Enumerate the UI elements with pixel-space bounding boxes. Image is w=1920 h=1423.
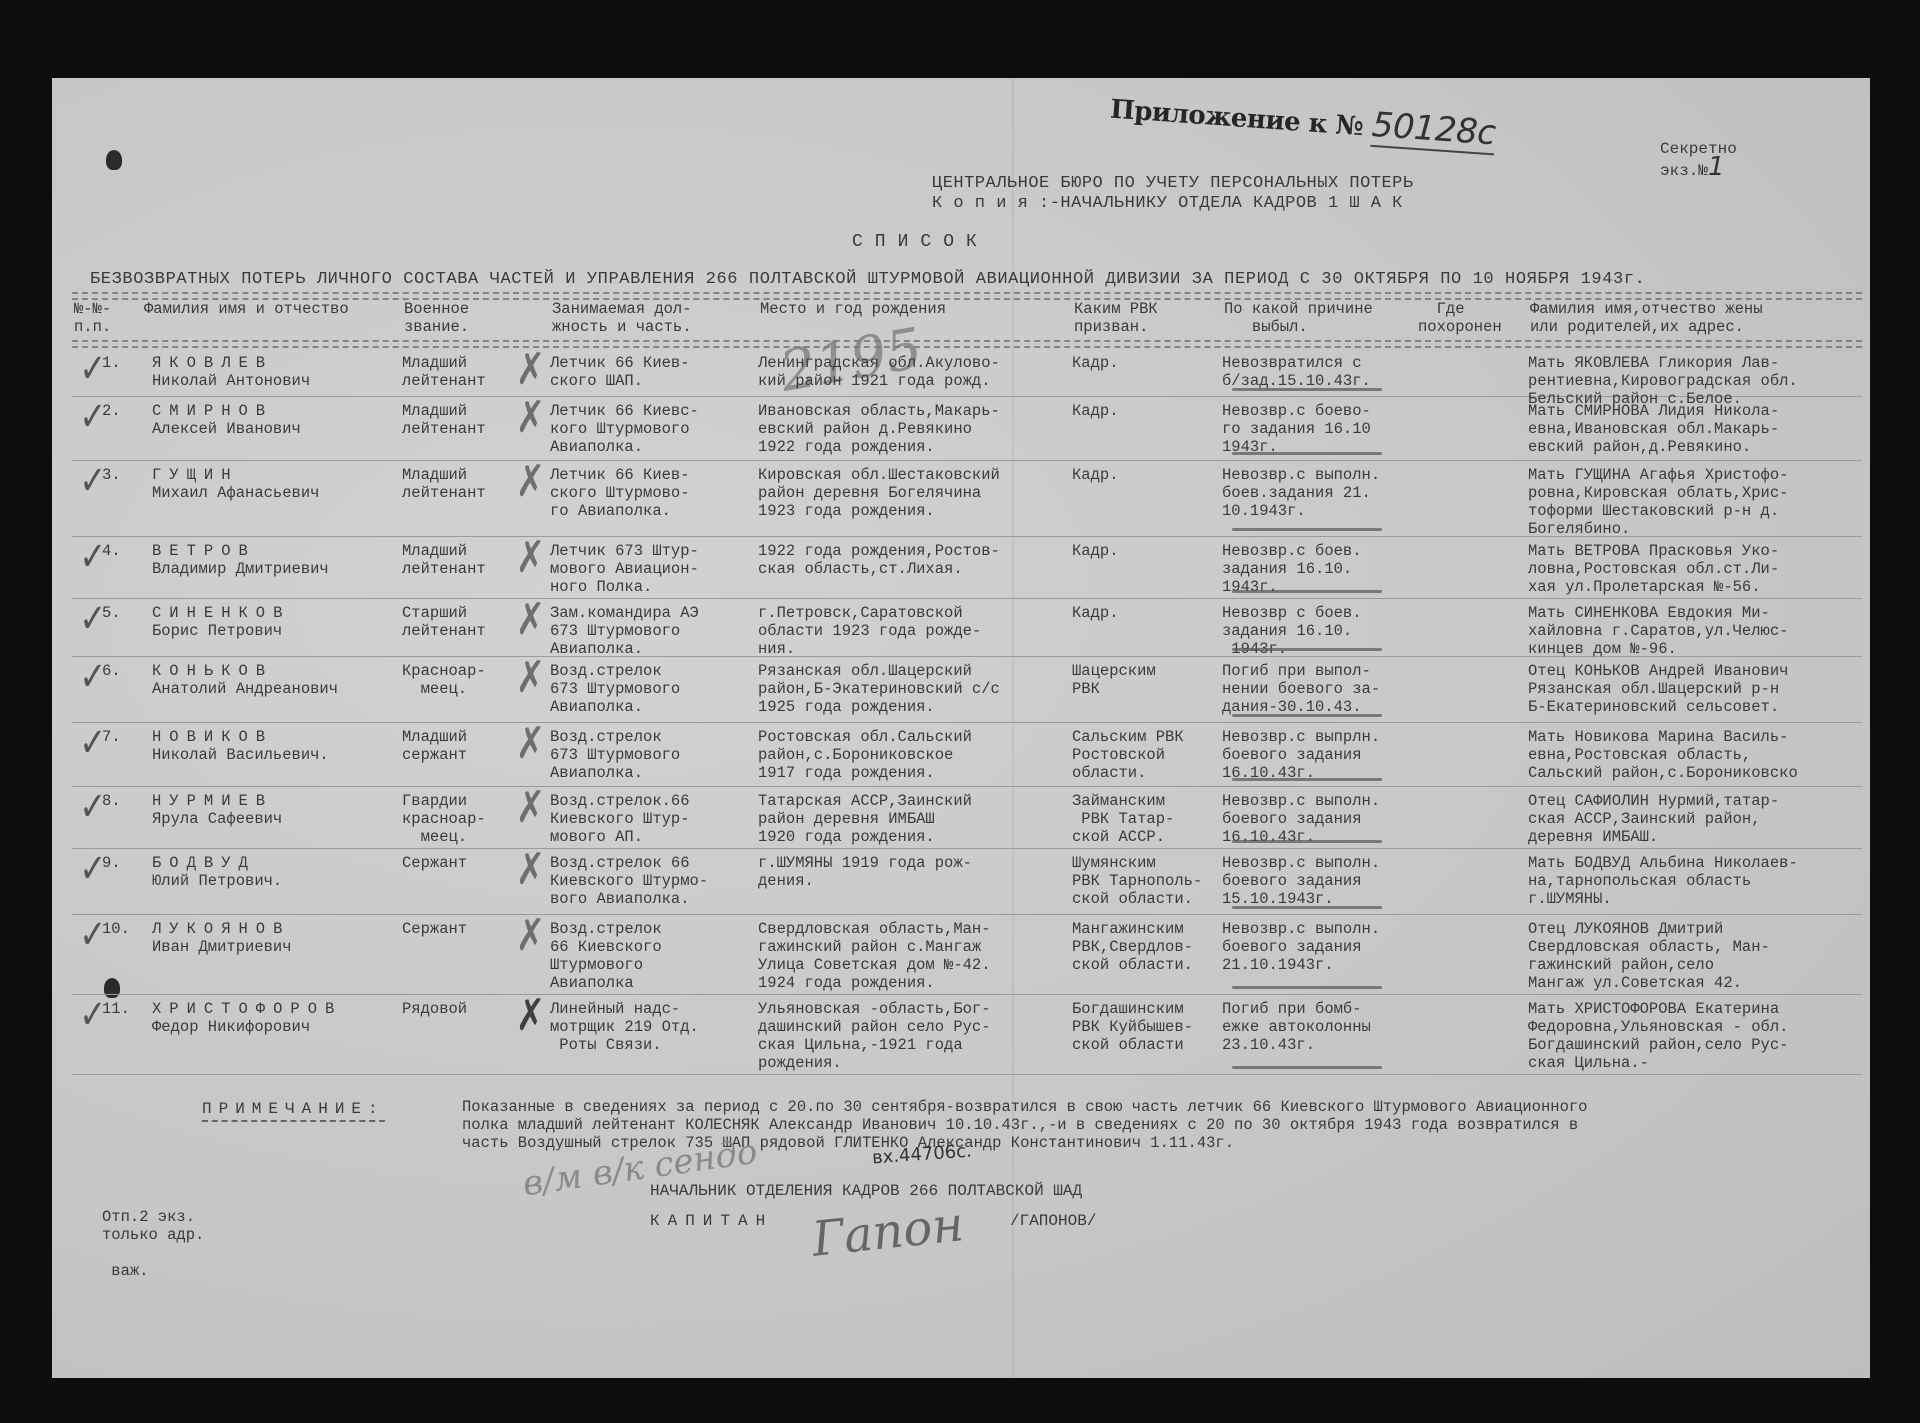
given-names: Михаил Афанасьевич (152, 484, 319, 502)
pencil-underline (1232, 452, 1382, 455)
stamp-number: 50128с (1370, 105, 1496, 156)
table-row: 11.ХРИСТОФОРОВФедор НикифоровичРядовойЛи… (72, 994, 1862, 1075)
header-rule-top (72, 292, 1862, 300)
copy-label: экз.№ (1660, 162, 1708, 180)
loss-reason: Невозвр.с выполн. боевого задания 16.10.… (1222, 792, 1380, 846)
surname: ЯКОВЛЕВ (152, 354, 273, 372)
surname: ВЕТРОВ (152, 542, 256, 560)
surname: БОДВУД (152, 854, 256, 872)
signatory-name: /ГАПОНОВ/ (1010, 1212, 1096, 1230)
birthplace-year: Ульяновская -область,Бог- дашинский райо… (758, 1000, 991, 1072)
cross-mark-icon: ✗ (516, 456, 546, 507)
secrecy-label: Секретно (1660, 140, 1737, 158)
loss-reason: Невозвр.с выполн. боев.задания 21. 10.19… (1222, 466, 1380, 520)
handwritten-signature: Гапон (809, 1196, 966, 1268)
relatives-address: Отец САФИОЛИН Нурмий,татар- ская АССР,За… (1528, 792, 1779, 846)
check-mark-icon: ✓ (79, 596, 106, 642)
position-unit: Возд.стрелок 673 Штурмового Авиаполка. (550, 662, 680, 716)
surname: ЛУКОЯНОВ (152, 920, 290, 938)
given-names: Владимир Дмитриевич (152, 560, 329, 578)
draft-office: Займанским РВК Татар- ской АССР. (1072, 792, 1174, 846)
birthplace-year: г.ШУМЯНЫ 1919 года рож- дения. (758, 854, 972, 890)
surname: ГУЩИН (152, 466, 239, 484)
table-row: 4.ВЕТРОВВладимир ДмитриевичМладший лейте… (72, 536, 1862, 599)
military-rank: Младший лейтенант (402, 542, 486, 578)
draft-office: Мангажинским РВК,Свердлов- ской области. (1072, 920, 1193, 974)
surname: НУРМИЕВ (152, 792, 273, 810)
draft-office: Кадр. (1072, 402, 1119, 420)
relatives-address: Мать СМИРНОВА Лидия Никола- евна,Ивановс… (1528, 402, 1779, 456)
table-row: 9.БОДВУДЮлий Петрович.СержантВозд.стрело… (72, 848, 1862, 915)
check-mark-icon: ✓ (79, 654, 106, 700)
position-unit: Возд.стрелок 673 Штурмового Авиаполка. (550, 728, 680, 782)
cross-mark-icon: ✗ (516, 532, 546, 583)
given-names: Юлий Петрович. (152, 872, 282, 890)
table-row: 7.НОВИКОВНиколай Васильевич.Младший серж… (72, 722, 1862, 787)
pencil-underline (1232, 986, 1382, 989)
col-header-rank: Военное звание. (404, 300, 469, 336)
table-row: 1.ЯКОВЛЕВНиколай АнтоновичМладший лейтен… (72, 348, 1862, 397)
pencil-underline (1232, 714, 1382, 717)
relatives-address: Мать СИНЕНКОВА Евдокия Ми- хайловна г.Са… (1528, 604, 1788, 658)
table-row: 3.ГУЩИНМихаил АфанасьевичМладший лейтена… (72, 460, 1862, 537)
col-header-buried: Где похоронен (1418, 300, 1502, 336)
military-rank: Красноар- меец. (402, 662, 486, 698)
check-mark-icon: ✓ (79, 346, 106, 392)
col-header-position: Занимаемая дол- жность и часть. (552, 300, 692, 336)
check-mark-icon: ✓ (79, 720, 106, 766)
loss-reason: Невозвр.с выпрлн. боевого задания 16.10.… (1222, 728, 1380, 782)
document-title: СПИСОК (852, 232, 989, 252)
stamp-label: Приложение к № (1109, 95, 1364, 143)
relatives-address: Отец КОНЬКОВ Андрей Иванович Рязанская о… (1528, 662, 1788, 716)
draft-office: Сальским РВК Ростовской области. (1072, 728, 1184, 782)
table-row: 5.СИНЕНКОВБорис ПетровичСтарший лейтенан… (72, 598, 1862, 657)
check-mark-icon: ✓ (79, 912, 106, 958)
military-rank: Младший лейтенант (402, 354, 486, 390)
position-unit: Летчик 66 Киев- ского ШАП. (550, 354, 690, 390)
military-rank: Младший сержант (402, 728, 467, 764)
cross-mark-icon: ✗ (516, 990, 546, 1041)
relatives-address: Мать БОДВУД Альбина Николаев- на,тарнопо… (1528, 854, 1798, 908)
row-number: 10. (102, 920, 130, 938)
draft-office: Кадр. (1072, 604, 1119, 622)
given-names: Алексей Иванович (152, 420, 301, 438)
birthplace-year: Ростовская обл.Сальский район,с.Боронико… (758, 728, 972, 782)
check-mark-icon: ✓ (79, 992, 106, 1038)
signatory-title: НАЧАЛЬНИК ОТДЕЛЕНИЯ КАДРОВ 266 ПОЛТАВСКО… (650, 1182, 1082, 1200)
birthplace-year: Кировская обл.Шестаковский район деревня… (758, 466, 1000, 520)
relatives-address: Мать ВЕТРОВА Прасковья Уко- ловна,Ростов… (1528, 542, 1779, 596)
pencil-underline (1232, 906, 1382, 909)
loss-reason: Погиб при выпол- нении боевого за- дания… (1222, 662, 1380, 716)
position-unit: Летчик 673 Штур- мового Авиацион- ного П… (550, 542, 699, 596)
table-row: 8.НУРМИЕВЯрула СафеевичГвардии красноар-… (72, 786, 1862, 849)
row-number: 11. (102, 1000, 130, 1018)
col-header-name: Фамилия имя и отчество (144, 300, 349, 318)
cross-mark-icon: ✗ (516, 844, 546, 895)
birthplace-year: 1922 года рождения,Ростов- ская область,… (758, 542, 1000, 578)
surname: НОВИКОВ (152, 728, 273, 746)
position-unit: Зам.командира АЭ 673 Штурмового Авиаполк… (550, 604, 699, 658)
military-rank: Сержант (402, 920, 467, 938)
check-mark-icon: ✓ (79, 458, 106, 504)
pencil-underline (1232, 590, 1382, 593)
bureau-line-1: ЦЕНТРАЛЬНОЕ БЮРО ПО УЧЕТУ ПЕРСОНАЛЬНЫХ П… (932, 174, 1414, 194)
loss-reason: Невозвр.с выполн. боевого задания 21.10.… (1222, 920, 1380, 974)
surname: СИНЕНКОВ (152, 604, 290, 622)
relatives-address: Мать Новикова Марина Василь- евна,Ростов… (1528, 728, 1798, 782)
loss-reason: Невозвр.с выполн. боевого задания 15.10.… (1222, 854, 1380, 908)
given-names: Иван Дмитриевич (152, 938, 292, 956)
cross-mark-icon: ✗ (516, 392, 546, 443)
table-row: 10.ЛУКОЯНОВИван ДмитриевичСержантВозд.ст… (72, 914, 1862, 995)
birthplace-year: Рязанская обл.Шацерский район,Б-Экатерин… (758, 662, 1000, 716)
position-unit: Возд.стрелок.66 Киевского Штур- мового А… (550, 792, 690, 846)
military-rank: Младший лейтенант (402, 402, 486, 438)
header-rule-bottom (72, 340, 1862, 348)
secrecy-mark: Секретно экз.№1 (1660, 140, 1737, 180)
birthplace-year: г.Петровск,Саратовской области 1923 года… (758, 604, 981, 658)
surname: СМИРНОВ (152, 402, 273, 420)
relatives-address: Мать ГУЩИНА Агафья Христофо- ровна,Киров… (1528, 466, 1788, 538)
relatives-address: Отец ЛУКОЯНОВ Дмитрий Свердловская облас… (1528, 920, 1770, 992)
copy-number: 1 (1708, 152, 1725, 182)
draft-office: Кадр. (1072, 354, 1119, 372)
loss-reason: Невозвр.с боево- го задания 16.10 1943г. (1222, 402, 1371, 456)
check-mark-icon: ✓ (79, 394, 106, 440)
punch-hole (106, 150, 122, 170)
cross-mark-icon: ✗ (516, 652, 546, 703)
note-text: Показанные в сведениях за период с 20.по… (462, 1098, 1587, 1152)
position-unit: Летчик 66 Киевс- кого Штурмового Авиапол… (550, 402, 699, 456)
military-rank: Рядовой (402, 1000, 467, 1018)
appendix-stamp: Приложение к № 50128с (1109, 87, 1497, 154)
cross-mark-icon: ✗ (516, 594, 546, 645)
loss-reason: Погиб при бомб- ежке автоколонны 23.10.4… (1222, 1000, 1371, 1054)
loss-reason: Невозвратился с б/зад.15.10.43г. (1222, 354, 1371, 390)
draft-office: Шумянским РВК Тарнополь- ской области. (1072, 854, 1202, 908)
given-names: Борис Петрович (152, 622, 282, 640)
cross-mark-icon: ✗ (516, 344, 546, 395)
check-mark-icon: ✓ (79, 534, 106, 580)
col-header-reason: По какой причине выбыл. (1224, 300, 1373, 336)
check-mark-icon: ✓ (79, 784, 106, 830)
draft-office: Богдашинским РВК Куйбышев- ской области (1072, 1000, 1193, 1054)
given-names: Анатолий Андреанович (152, 680, 338, 698)
note-label: ПРИМЕЧАНИЕ: (202, 1100, 385, 1122)
pencil-underline (1232, 840, 1382, 843)
birthplace-year: Свердловская область,Ман- гажинский райо… (758, 920, 991, 992)
dispatch-note: Отп.2 экз. только адр. важ. (102, 1208, 204, 1280)
position-unit: Возд.стрелок 66 Киевского Штурмо- вого А… (550, 854, 708, 908)
col-header-birth: Место и год рождения (760, 300, 946, 318)
draft-office: Шацерским РВК (1072, 662, 1156, 698)
col-header-no: №-№- п.п. (74, 300, 111, 336)
birthplace-year: Ленинградская обл.Акулово- кий район 192… (758, 354, 1000, 390)
military-rank: Сержант (402, 854, 467, 872)
table-row: 6.КОНЬКОВАнатолий АндреановичКрасноар- м… (72, 656, 1862, 723)
relatives-address: Мать ХРИСТОФОРОВА Екатерина Федоровна,Ул… (1528, 1000, 1788, 1072)
surname: ХРИСТОФОРОВ (152, 1000, 342, 1018)
position-unit: Летчик 66 Киев- ского Штурмово- го Авиап… (550, 466, 690, 520)
military-rank: Гвардии красноар- меец. (402, 792, 486, 846)
given-names: Федор Никифорович (152, 1018, 310, 1036)
bureau-header: ЦЕНТРАЛЬНОЕ БЮРО ПО УЧЕТУ ПЕРСОНАЛЬНЫХ П… (932, 174, 1414, 214)
position-unit: Возд.стрелок 66 Киевского Штурмового Ави… (550, 920, 662, 992)
pencil-underline (1232, 648, 1382, 651)
cross-mark-icon: ✗ (516, 910, 546, 961)
pencil-underline (1232, 528, 1382, 531)
col-header-relatives: Фамилия имя,отчество жены или родителей,… (1530, 300, 1763, 336)
draft-office: Кадр. (1072, 542, 1119, 560)
signatory-rank: КАПИТАН (650, 1212, 773, 1230)
birthplace-year: Татарская АССР,Заинский район деревня ИМ… (758, 792, 972, 846)
military-rank: Младший лейтенант (402, 466, 486, 502)
surname: КОНЬКОВ (152, 662, 273, 680)
position-unit: Линейный надс- мотрщик 219 Отд. Роты Свя… (550, 1000, 699, 1054)
given-names: Николай Васильевич. (152, 746, 329, 764)
pencil-underline (1232, 388, 1382, 391)
given-names: Ярула Сафеевич (152, 810, 282, 828)
document-page: Приложение к № 50128с Секретно экз.№1 ЦЕ… (52, 78, 1870, 1378)
birthplace-year: Ивановская область,Макарь- евский район … (758, 402, 1000, 456)
military-rank: Старший лейтенант (402, 604, 486, 640)
document-subtitle: БЕЗВОЗВРАТНЫХ ПОТЕРЬ ЛИЧНОГО СОСТАВА ЧАС… (90, 270, 1645, 289)
bureau-line-2: К о п и я :-НАЧАЛЬНИКУ ОТДЕЛА КАДРОВ 1 Ш… (932, 194, 1414, 214)
check-mark-icon: ✓ (79, 846, 106, 892)
pencil-underline (1232, 778, 1382, 781)
table-row: 2.СМИРНОВАлексей ИвановичМладший лейтена… (72, 396, 1862, 461)
cross-mark-icon: ✗ (516, 782, 546, 833)
col-header-rvk: Каким РВК призван. (1074, 300, 1158, 336)
given-names: Николай Антонович (152, 372, 310, 390)
cross-mark-icon: ✗ (516, 718, 546, 769)
pencil-underline (1232, 1066, 1382, 1069)
loss-reason: Невозвр.с боев. задания 16.10. 1943г. (1222, 542, 1362, 596)
draft-office: Кадр. (1072, 466, 1119, 484)
